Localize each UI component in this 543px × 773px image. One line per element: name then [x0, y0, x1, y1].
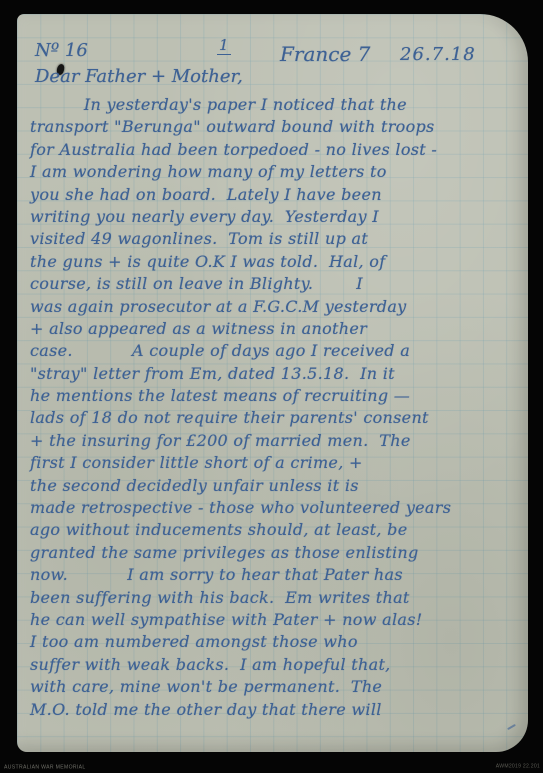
- letter-line: writing you nearly every day. Yesterday …: [30, 206, 524, 228]
- letter-line: case. A couple of days ago I received a: [30, 340, 524, 362]
- letter-line: "stray" letter from Em, dated 13.5.18. I…: [30, 363, 524, 385]
- letter-line: first I consider little short of a crime…: [30, 452, 524, 474]
- archive-watermark: AUSTRALIAN WAR MEMORIAL: [4, 765, 86, 770]
- letter-line: made retrospective - those who volunteer…: [30, 497, 524, 519]
- letter-line: transport "Berunga" outward bound with t…: [30, 116, 524, 138]
- letter-line: I too am numbered amongst those who: [30, 631, 524, 653]
- letter-number: Nº 16: [35, 40, 88, 61]
- date-written: 26.7.18: [400, 44, 476, 65]
- letter-line: the guns + is quite O.K I was told. Hal,…: [30, 251, 524, 273]
- letter-line: + the insuring for £200 of married men. …: [30, 430, 524, 452]
- letter-line: granted the same privileges as those enl…: [30, 542, 524, 564]
- letter-body: In yesterday's paper I noticed that the …: [30, 94, 524, 721]
- letter-line: course, is still on leave in Blighty. I: [30, 273, 524, 295]
- letter-line: I am wondering how many of my letters to: [30, 161, 524, 183]
- letter-page: Nº 16 1 France 7 26.7.18 Dear Father + M…: [17, 14, 528, 752]
- letter-line: ago without inducements should, at least…: [30, 519, 524, 541]
- letter-line: he mentions the latest means of recruiti…: [30, 385, 524, 407]
- letter-line: In yesterday's paper I noticed that the: [30, 94, 524, 116]
- letter-line: with care, mine won't be permanent. The: [30, 676, 524, 698]
- place-written: France 7: [280, 42, 370, 66]
- letter-line: visited 49 wagonlines. Tom is still up a…: [30, 228, 524, 250]
- letter-line: lads of 18 do not require their parents'…: [30, 407, 524, 429]
- letter-line: for Australia had been torpedoed - no li…: [30, 139, 524, 161]
- letter-line: was again prosecutor at a F.G.C.M yester…: [30, 296, 524, 318]
- letter-line: been suffering with his back. Em writes …: [30, 587, 524, 609]
- letter-line: now. I am sorry to hear that Pater has: [30, 564, 524, 586]
- letter-line: you she had on board. Lately I have been: [30, 184, 524, 206]
- letter-line: + also appeared as a witness in another: [30, 318, 524, 340]
- scan-background: Nº 16 1 France 7 26.7.18 Dear Father + M…: [0, 0, 543, 773]
- letter-line: the second decidedly unfair unless it is: [30, 475, 524, 497]
- archive-id: AWM2019 22.201: [496, 764, 540, 769]
- page-number: 1: [217, 36, 231, 55]
- letter-line: suffer with weak backs. I am hopeful tha…: [30, 654, 524, 676]
- stray-pen-mark: [507, 724, 516, 730]
- letter-line: he can well sympathise with Pater + now …: [30, 609, 524, 631]
- salutation: Dear Father + Mother,: [35, 66, 243, 87]
- letter-line: M.O. told me the other day that there wi…: [30, 699, 524, 721]
